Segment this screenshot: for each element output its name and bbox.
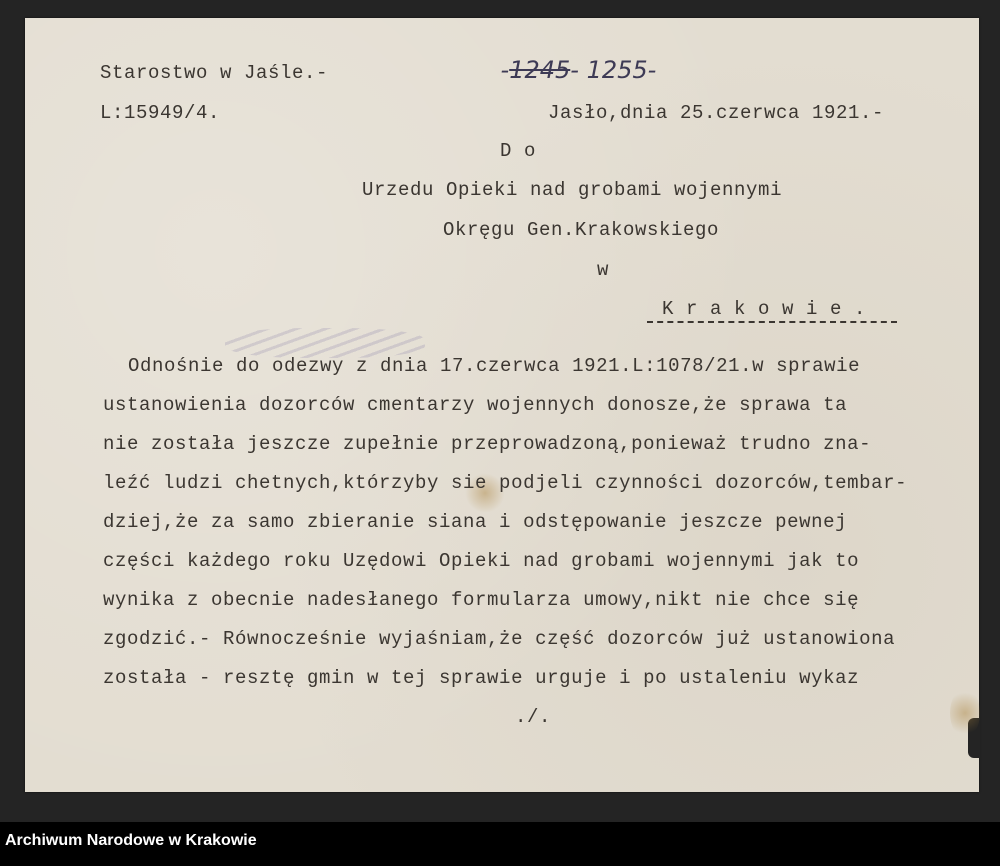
body-line: leźć ludzi chetnych,którzyby sie podjeli… [103,474,907,493]
page-number-dash: - [570,56,579,84]
body-line: dziej,że za samo zbieranie siana i odstę… [103,513,847,532]
sender-line: Starostwo w Jaśle.- [100,64,328,83]
body-line: została - resztę gmin w tej sprawie urgu… [103,669,859,688]
archive-label: Archiwum Narodowe w Krakowie [5,832,257,850]
body-line: części każdego roku Uzędowi Opieki nad g… [103,552,859,571]
body-line: zgodzić.- Równocześnie wyjaśniam,że częś… [103,630,895,649]
page-number-struck: 1245 [509,56,570,84]
page-number-current: 1255 [587,56,648,84]
page-number-prefix: - [501,56,510,84]
body-line: ustanowienia dozorców cmentarzy wojennyc… [103,396,847,415]
page-number-handwritten: -1245- 1255- [470,28,656,112]
page-number-suffix: - [648,56,657,84]
stain [950,688,980,738]
addressee-line2: Okręgu Gen.Krakowskiego [443,221,719,240]
city-underline [647,321,897,323]
document-page: -1245- 1255- Starostwo w Jaśle.- L:15949… [25,18,979,792]
addressee-line1: Urzedu Opieki nad grobami wojennymi [362,181,782,200]
place-date: Jasło,dnia 25.czerwca 1921.- [548,104,884,123]
body-line: nie została jeszcze zupełnie przeprowadz… [103,435,871,454]
body-line: Odnośnie do odezwy z dnia 17.czerwca 192… [128,357,860,376]
body-line: wynika z obecnie nadesłanego formularza … [103,591,859,610]
faint-stamp [225,328,425,358]
reference-number: L:15949/4. [100,104,220,123]
addressee-city: K r a k o w i e . [662,300,866,319]
archive-footer: Archiwum Narodowe w Krakowie [0,822,1000,866]
addressee-to: D o [500,142,536,161]
continuation-mark: ./. [515,708,551,727]
addressee-line3: w [597,261,609,280]
